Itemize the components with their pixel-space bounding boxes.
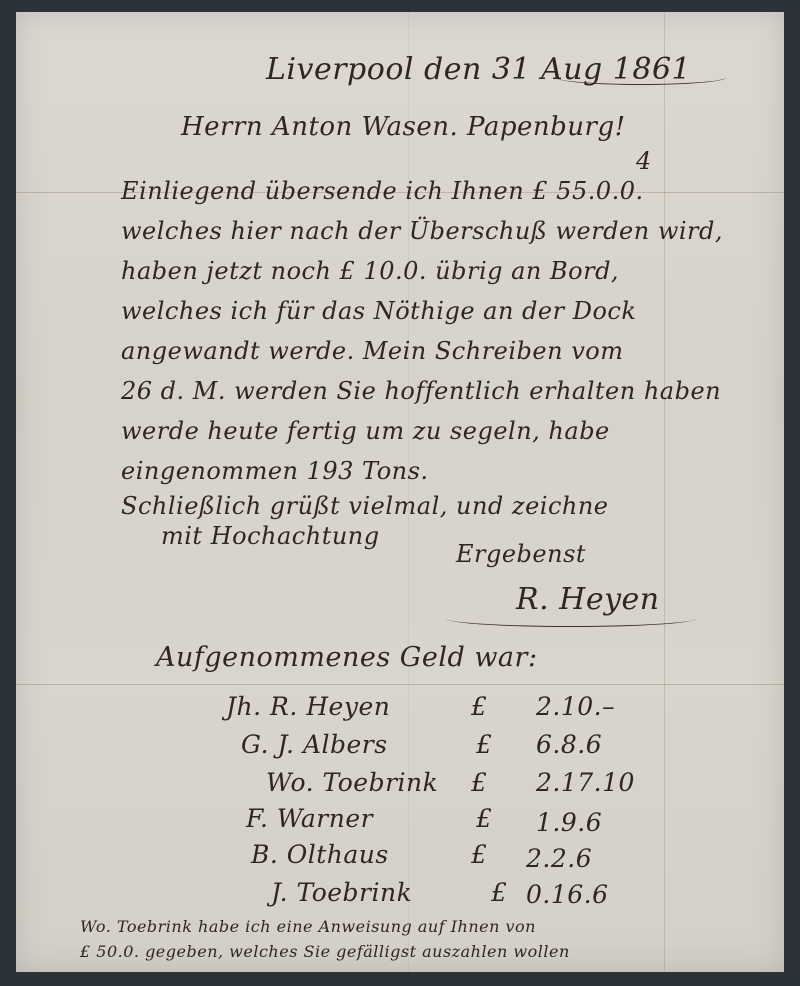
body-line: Schließlich grüßt vielmal, und zeichne bbox=[121, 492, 609, 520]
ledger-currency: £ bbox=[471, 692, 487, 721]
ledger-name: G. J. Albers bbox=[241, 730, 388, 759]
signature-flourish bbox=[446, 610, 696, 627]
ledger-amount: 6.8.6 bbox=[536, 730, 602, 759]
fold-line bbox=[16, 684, 784, 685]
margin-note: 4 bbox=[636, 147, 652, 175]
body-line: welches hier nach der Überschuß werden w… bbox=[121, 217, 723, 245]
ledger-currency: £ bbox=[471, 840, 487, 869]
ledger-amount: 2.17.10 bbox=[536, 768, 635, 797]
postscript-line: £ 50.0. gegeben, welches Sie gefälligst … bbox=[80, 942, 570, 961]
body-line: angewandt werde. Mein Schreiben vom bbox=[121, 337, 623, 365]
ledger-name: Jh. R. Heyen bbox=[226, 692, 390, 721]
list-heading: Aufgenommenes Geld war: bbox=[156, 642, 538, 673]
letter-page: Liverpool den 31 Aug 1861 Herrn Anton Wa… bbox=[16, 12, 784, 972]
body-line: mit Hochachtung bbox=[161, 522, 380, 550]
ledger-amount: 0.16.6 bbox=[526, 880, 609, 909]
ledger-name: B. Olthaus bbox=[251, 840, 389, 869]
ledger-currency: £ bbox=[476, 804, 492, 833]
ledger-amount: 2.10.– bbox=[536, 692, 615, 721]
ledger-name: Wo. Toebrink bbox=[266, 768, 438, 797]
postscript-line: Wo. Toebrink habe ich eine Anweisung auf… bbox=[80, 917, 536, 936]
ledger-currency: £ bbox=[491, 878, 507, 907]
body-line: eingenommen 193 Tons. bbox=[121, 457, 429, 485]
ledger-currency: £ bbox=[471, 768, 487, 797]
body-line: werde heute fertig um zu segeln, habe bbox=[121, 417, 610, 445]
body-line: 26 d. M. werden Sie hoffentlich erhalten… bbox=[121, 377, 721, 405]
fold-line bbox=[664, 12, 665, 972]
ledger-currency: £ bbox=[476, 730, 492, 759]
ledger-name: J. Toebrink bbox=[271, 878, 412, 907]
closing: Ergebenst bbox=[456, 540, 586, 568]
body-line: welches ich für das Nöthige an der Dock bbox=[121, 297, 636, 325]
ledger-amount: 1.9.6 bbox=[536, 808, 602, 837]
ledger-amount: 2.2.6 bbox=[526, 844, 592, 873]
body-line: haben jetzt noch £ 10.0. übrig an Bord, bbox=[121, 257, 619, 285]
salutation: Herrn Anton Wasen. Papenburg! bbox=[181, 112, 626, 142]
date-underline bbox=[556, 70, 726, 85]
body-line: Einliegend übersende ich Ihnen £ 55.0.0. bbox=[121, 177, 644, 205]
ledger-name: F. Warner bbox=[246, 804, 373, 833]
